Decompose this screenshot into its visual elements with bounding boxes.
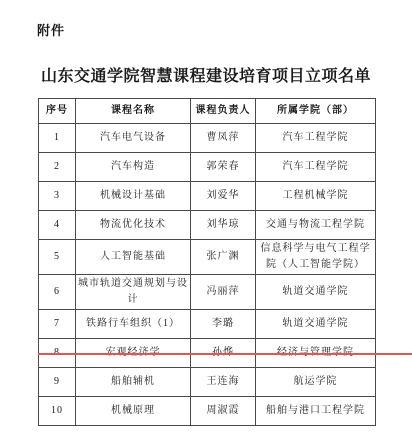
college-cell: 信息科学与电气工程学院（人工智能学院） xyxy=(256,240,376,275)
college-cell: 汽车工程学院 xyxy=(256,153,376,182)
college-cell: 汽车工程学院 xyxy=(256,124,376,153)
red-underline-annotation xyxy=(38,353,412,355)
row-number-cell: 3 xyxy=(39,182,76,211)
table-row: 7铁路行车组织（1）李璐轨道交通学院 xyxy=(39,310,376,339)
course-name-cell: 物流优化技术 xyxy=(76,211,191,240)
row-number-cell: 4 xyxy=(39,211,76,240)
row-number-cell: 1 xyxy=(39,124,76,153)
table-row: 9船舶辅机王连海航运学院 xyxy=(39,368,376,397)
table-row: 4物流优化技术刘华琼交通与物流工程学院 xyxy=(39,211,376,240)
course-leader-cell: 曹凤萍 xyxy=(191,124,256,153)
course-name-cell: 船舶辅机 xyxy=(76,368,191,397)
row-number-cell: 5 xyxy=(39,240,76,275)
course-name-cell: 城市轨道交通规划与设计 xyxy=(76,275,191,310)
column-header: 所属学院（部） xyxy=(256,99,376,124)
column-header: 课程负责人 xyxy=(191,99,256,124)
table-row: 10机械原理周淑霞船舶与港口工程学院 xyxy=(39,397,376,426)
college-cell: 船舶与港口工程学院 xyxy=(256,397,376,426)
table-row: 6城市轨道交通规划与设计冯丽萍轨道交通学院 xyxy=(39,275,376,310)
course-leader-cell: 刘华琼 xyxy=(191,211,256,240)
course-leader-cell: 周淑霞 xyxy=(191,397,256,426)
college-cell: 交通与物流工程学院 xyxy=(256,211,376,240)
college-cell: 工程机械学院 xyxy=(256,182,376,211)
table-row: 5人工智能基础张广渊信息科学与电气工程学院（人工智能学院） xyxy=(39,240,376,275)
table-row: 3机械设计基础刘爱华工程机械学院 xyxy=(39,182,376,211)
course-leader-cell: 刘爱华 xyxy=(191,182,256,211)
course-leader-cell: 郭荣春 xyxy=(191,153,256,182)
row-number-cell: 2 xyxy=(39,153,76,182)
row-number-cell: 10 xyxy=(39,397,76,426)
course-name-cell: 机械设计基础 xyxy=(76,182,191,211)
row-number-cell: 6 xyxy=(39,275,76,310)
college-cell: 轨道交通学院 xyxy=(256,310,376,339)
table-header-row: 序号课程名称课程负责人所属学院（部） xyxy=(39,99,376,124)
column-header: 序号 xyxy=(39,99,76,124)
course-name-cell: 汽车构造 xyxy=(76,153,191,182)
column-header: 课程名称 xyxy=(76,99,191,124)
course-leader-cell: 王连海 xyxy=(191,368,256,397)
course-name-cell: 汽车电气设备 xyxy=(76,124,191,153)
course-name-cell: 机械原理 xyxy=(76,397,191,426)
document-page: 附件 山东交通学院智慧课程建设培育项目立项名单 序号课程名称课程负责人所属学院（… xyxy=(0,0,412,436)
course-name-cell: 人工智能基础 xyxy=(76,240,191,275)
college-cell: 轨道交通学院 xyxy=(256,275,376,310)
course-leader-cell: 张广渊 xyxy=(191,240,256,275)
table-row: 2汽车构造郭荣春汽车工程学院 xyxy=(39,153,376,182)
course-name-cell: 铁路行车组织（1） xyxy=(76,310,191,339)
row-number-cell: 7 xyxy=(39,310,76,339)
row-number-cell: 9 xyxy=(39,368,76,397)
project-table: 序号课程名称课程负责人所属学院（部） 1汽车电气设备曹凤萍汽车工程学院2汽车构造… xyxy=(38,98,376,426)
page-title: 山东交通学院智慧课程建设培育项目立项名单 xyxy=(0,63,412,86)
course-leader-cell: 李璐 xyxy=(191,310,256,339)
table-row: 1汽车电气设备曹凤萍汽车工程学院 xyxy=(39,124,376,153)
attachment-label: 附件 xyxy=(37,20,65,39)
course-leader-cell: 冯丽萍 xyxy=(191,275,256,310)
college-cell: 航运学院 xyxy=(256,368,376,397)
